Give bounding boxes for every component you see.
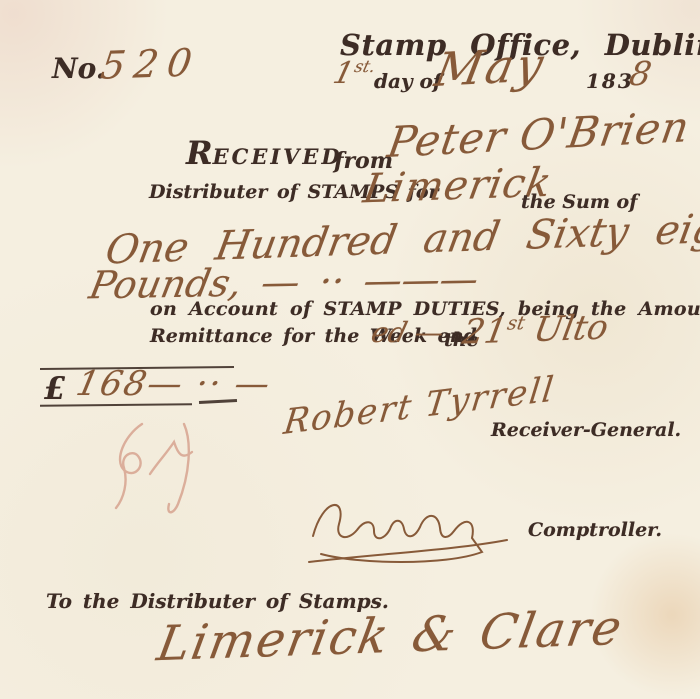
comptroller-label: Comptroller. (528, 519, 662, 541)
currency-symbol: £ (44, 371, 66, 407)
date-day-value: 1st. (330, 56, 378, 91)
week-ended-written: ed — (368, 316, 448, 349)
date-month-value: May (431, 37, 551, 97)
remittance-month-ref: Ulto (531, 307, 612, 350)
receiver-general-label: Receiver-General. (491, 419, 681, 441)
comptroller-signature-script (295, 490, 520, 570)
remittance-day: 21 (459, 311, 509, 353)
receipt-document: Stamp Office, Dublin, No. 520 1st. day o… (0, 0, 700, 699)
remittance-day-suffix: st (506, 313, 527, 335)
received-label: RECEIVED (186, 143, 343, 169)
receipt-number-value: 520 (98, 40, 204, 88)
received-rest: ECEIVED (213, 144, 343, 169)
amount-value: 168— ·· — (73, 364, 276, 404)
red-pencil-mark (66, 410, 236, 530)
payer-name: Peter O'Brien (384, 102, 693, 167)
remittance-date-value: 21st Ulto (459, 307, 611, 352)
amount-rule-bottom (40, 403, 192, 407)
receipt-number-label: No. (52, 52, 106, 85)
received-initial: R (186, 134, 213, 172)
